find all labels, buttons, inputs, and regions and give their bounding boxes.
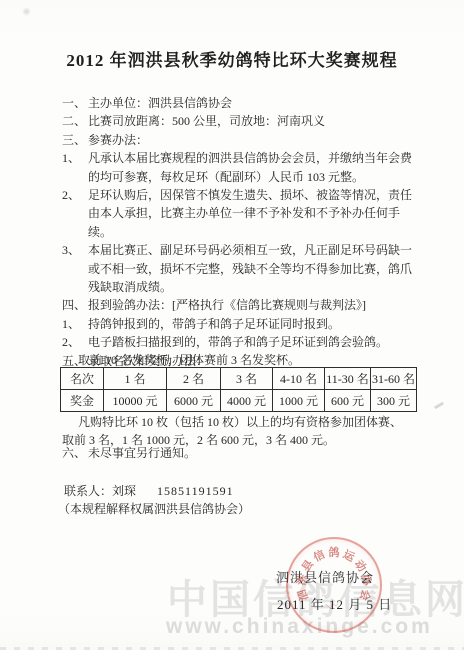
- table-cell-rank: 31-60 名: [371, 368, 417, 390]
- contact-phone: 15851191591: [157, 484, 234, 498]
- prize-table-value-row: 奖金 10000 元 6000 元 4000 元 1000 元 600 元 30…: [61, 390, 417, 412]
- table-cell-prize: 600 元: [325, 390, 371, 412]
- table-cell-rank: 11-30 名: [325, 368, 371, 390]
- table-cell-rank: 1 名: [104, 368, 167, 390]
- item-text: 报到验鸽办法：[严格执行《信鸽比赛规则与裁判法》]: [88, 296, 414, 314]
- contact-name: 联系人：刘琛: [64, 484, 136, 498]
- table-cell-prize: 6000 元: [167, 390, 221, 412]
- table-cell-rank: 3 名: [221, 368, 273, 390]
- item-text: 未尽事宜另行通知。: [88, 444, 196, 461]
- document-page: 中国信鸽信息网 www.chinaxinge.com 2012 年泗洪县秋季幼鸽…: [0, 0, 464, 650]
- prize-intro-line: 取前 10 名发奖杯，团体赛前 3 名发奖杯。: [78, 351, 300, 368]
- list-item: 1、 持鸽钟报到的，带鸽子和鸽子足环证同时报到。: [62, 315, 414, 333]
- table-cell-prize: 10000 元: [104, 390, 167, 412]
- item-marker: 六、: [62, 444, 88, 461]
- prize-table-header-row: 名次 1 名 2 名 3 名 4-10 名 11-30 名 31-60 名: [61, 368, 417, 390]
- item-marker: 二、: [62, 112, 88, 130]
- scan-speck: [434, 402, 444, 410]
- list-item: 3、 本届比赛正、副足环号码必须相互一致，凡正副足环号码缺一或不相一致，损坏不完…: [62, 241, 414, 296]
- item-marker: 2、: [62, 186, 88, 241]
- table-cell-rank: 2 名: [167, 368, 221, 390]
- table-cell-prize: 300 元: [371, 390, 417, 412]
- signature-organization: 泗洪县信鸽协会: [276, 567, 374, 586]
- table-cell-prize: 1000 元: [273, 390, 325, 412]
- item-marker: 四、: [62, 296, 88, 314]
- contact-line: 联系人：刘琛 15851191591: [64, 482, 234, 499]
- scan-speck: [22, 7, 31, 16]
- rules-list: 一、 主办单位：泗洪县信鸽协会 二、 比赛司放距离：500 公里，司放地：河南巩…: [62, 94, 414, 370]
- item-text: 足环认购后，因保管不慎发生遗失、损坏、被盗等情况，责任由本人承担，比赛主办单位一…: [88, 186, 414, 241]
- item-text: 电子踏板扫描报到的，带鸽子和鸽子足环证到鸽会验鸽。: [88, 333, 414, 351]
- item-text: 本届比赛正、副足环号码必须相互一致，凡正副足环号码缺一或不相一致，损坏不完整，残…: [88, 241, 414, 296]
- list-item: 一、 主办单位：泗洪县信鸽协会: [62, 94, 414, 112]
- table-cell-rank: 4-10 名: [273, 368, 325, 390]
- item-marker: 3、: [62, 241, 88, 296]
- item-text: 凡承认本届比赛规程的泗洪县信鸽协会会员，并缴纳当年会费的均可参赛，每枚足环（配副…: [88, 149, 414, 186]
- item-marker: 1、: [62, 315, 88, 333]
- rights-note: （本规程解释权属泗洪县信鸽协会）: [58, 500, 250, 517]
- list-item: 二、 比赛司放距离：500 公里，司放地：河南巩义: [62, 112, 414, 130]
- item-text: 参赛办法：: [88, 131, 414, 149]
- list-item: 四、 报到验鸽办法：[严格执行《信鸽比赛规则与裁判法》]: [62, 296, 414, 314]
- item-marker: 1、: [62, 149, 88, 186]
- item-text: 比赛司放距离：500 公里，司放地：河南巩义: [88, 112, 414, 130]
- list-item: 三、 参赛办法：: [62, 131, 414, 149]
- item-marker: 一、: [62, 94, 88, 112]
- table-cell-rank-label: 名次: [61, 368, 104, 390]
- item-marker: 2、: [62, 333, 88, 351]
- list-item: 1、 凡承认本届比赛规程的泗洪县信鸽协会会员，并缴纳当年会费的均可参赛，每枚足环…: [62, 149, 414, 186]
- item-marker: 三、: [62, 131, 88, 149]
- signature-date: 2011 年 12 月 5 日: [277, 594, 392, 613]
- list-item: 六、 未尽事宜另行通知。: [62, 444, 196, 461]
- table-cell-prize-label: 奖金: [61, 390, 104, 412]
- list-item: 2、 电子踏板扫描报到的，带鸽子和鸽子足环证到鸽会验鸽。: [62, 333, 414, 351]
- item-text: 持鸽钟报到的，带鸽子和鸽子足环证同时报到。: [88, 315, 414, 333]
- item-text: 主办单位：泗洪县信鸽协会: [88, 94, 414, 112]
- document-title: 2012 年泗洪县秋季幼鸽特比环大奖赛规程: [0, 46, 464, 71]
- list-item: 2、 足环认购后，因保管不慎发生遗失、损坏、被盗等情况，责任由本人承担，比赛主办…: [62, 186, 414, 241]
- prize-table: 名次 1 名 2 名 3 名 4-10 名 11-30 名 31-60 名 奖金…: [60, 367, 417, 412]
- table-cell-prize: 4000 元: [221, 390, 273, 412]
